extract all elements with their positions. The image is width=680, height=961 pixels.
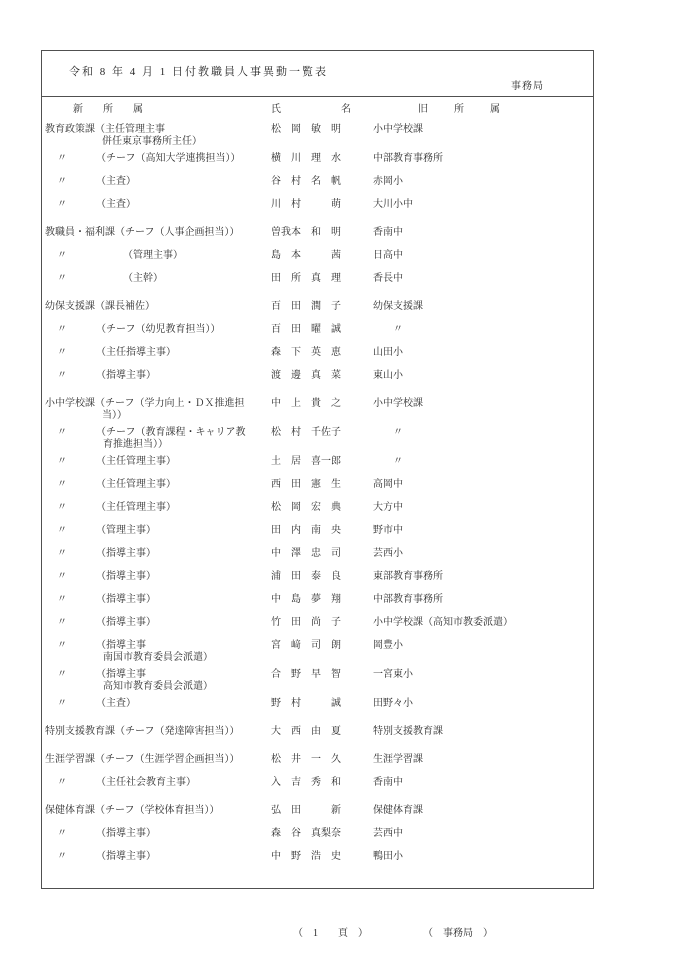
table-row: 〃 （指導主事） 浦 田 泰 良 東部教育事務所 bbox=[42, 571, 593, 594]
new-affiliation-dept: 〃 bbox=[45, 617, 96, 629]
new-affiliation: 〃 （主任管理主事） bbox=[42, 479, 271, 491]
new-affiliation-dept: 〃 bbox=[45, 640, 96, 652]
new-affiliation-title: （指導主事） bbox=[96, 571, 156, 583]
old-affiliation: 〃 bbox=[373, 427, 593, 439]
new-affiliation-dept: 〃 bbox=[45, 548, 96, 560]
old-affiliation: 〃 bbox=[373, 324, 593, 336]
new-affiliation: 〃 （主任指導主事） bbox=[42, 347, 271, 359]
table-row: 保健体育課 （チーフ（学校体育担当）） 弘 田 新 保健体育課 bbox=[42, 805, 593, 828]
new-affiliation-dept: 〃 bbox=[45, 698, 96, 710]
table-row: 〃 （主任管理主事） 土 居 喜一郎 〃 bbox=[42, 456, 593, 479]
new-affiliation: 〃 （指導主事） bbox=[42, 571, 271, 583]
new-affiliation: 〃 （主任管理主事） bbox=[42, 456, 271, 468]
old-affiliation: 幼保支援課 bbox=[373, 301, 593, 313]
new-affiliation-title: （チーフ（教育課程・キャリア教育推進担当）） bbox=[96, 427, 246, 451]
person-name: 百 田 曜 誠 bbox=[271, 324, 373, 336]
person-name: 中 島 夢 翔 bbox=[271, 594, 373, 606]
table-row: 〃 （指導主事） 竹 田 尚 子 小中学校課（高知市教委派遣） bbox=[42, 617, 593, 640]
new-affiliation: 〃 （主任管理主事） bbox=[42, 502, 271, 514]
new-affiliation-dept: 小中学校課 bbox=[45, 398, 95, 410]
person-name: 松 岡 敏 明 bbox=[271, 124, 373, 136]
new-affiliation: 〃 （主査） bbox=[42, 199, 271, 211]
new-affiliation-dept: 〃 bbox=[45, 324, 96, 336]
new-affiliation: 〃 （主査） bbox=[42, 698, 271, 710]
person-name: 入 吉 秀 和 bbox=[271, 777, 373, 789]
new-affiliation-title: （チーフ（学校体育担当）） bbox=[95, 805, 220, 817]
new-affiliation-dept: 〃 bbox=[45, 199, 96, 211]
old-affiliation: 岡豊小 bbox=[373, 640, 593, 652]
old-affiliation: 高岡中 bbox=[373, 479, 593, 491]
new-affiliation: 特別支援教育課 （チーフ（発達障害担当）） bbox=[42, 726, 271, 738]
new-affiliation: 〃 （チーフ（教育課程・キャリア教育推進担当）） bbox=[42, 427, 271, 451]
old-affiliation: 一宮東小 bbox=[373, 669, 593, 681]
old-affiliation: 大川小中 bbox=[373, 199, 593, 211]
new-affiliation-dept: 特別支援教育課 bbox=[45, 726, 115, 738]
person-name: 森 谷 真梨奈 bbox=[271, 828, 373, 840]
new-affiliation-title: （チーフ（高知大学連携担当）） bbox=[96, 153, 241, 165]
person-name: 弘 田 新 bbox=[271, 805, 373, 817]
column-header-name: 氏 名 bbox=[271, 104, 373, 116]
new-affiliation-dept: 〃 bbox=[45, 571, 96, 583]
new-affiliation: 〃 （管理主事） bbox=[42, 525, 271, 537]
old-affiliation: 生涯学習課 bbox=[373, 754, 593, 766]
person-name: 西 田 憲 生 bbox=[271, 479, 373, 491]
table-row: 〃 （主任社会教育主事） 入 吉 秀 和 香南中 bbox=[42, 777, 593, 800]
old-affiliation: 香南中 bbox=[373, 227, 593, 239]
new-affiliation-dept: 保健体育課 bbox=[45, 805, 95, 817]
new-affiliation: 教職員・福利課 （チーフ（人事企画担当）） bbox=[42, 227, 271, 239]
new-affiliation: 教育政策課 （主任管理主事併任東京事務所主任） bbox=[42, 124, 271, 148]
old-affiliation: 中部教育事務所 bbox=[373, 594, 593, 606]
new-affiliation-title: （管理主事） bbox=[96, 525, 156, 537]
old-affiliation: 東部教育事務所 bbox=[373, 571, 593, 583]
new-affiliation-dept: 〃 bbox=[45, 669, 96, 681]
table-row: 教職員・福利課 （チーフ（人事企画担当）） 曽我本 和 明 香南中 bbox=[42, 227, 593, 250]
old-affiliation: 山田小 bbox=[373, 347, 593, 359]
person-name: 土 居 喜一郎 bbox=[271, 456, 373, 468]
new-affiliation-title: （指導主事） bbox=[96, 548, 156, 560]
old-affiliation: 特別支援教育課 bbox=[373, 726, 593, 738]
person-name: 曽我本 和 明 bbox=[271, 227, 373, 239]
table-row: 〃 （指導主事） 中 野 浩 史 鴨田小 bbox=[42, 851, 593, 874]
old-affiliation: 日高中 bbox=[373, 250, 593, 262]
office-label: 事務局 bbox=[42, 80, 593, 97]
new-affiliation-title: （主任社会教育主事） bbox=[96, 777, 196, 789]
person-name: 松 村 千佐子 bbox=[271, 427, 373, 439]
table-row: 〃 （主任指導主事） 森 下 英 恵 山田小 bbox=[42, 347, 593, 370]
table-row: 〃 （指導主事） 森 谷 真梨奈 芸西中 bbox=[42, 828, 593, 851]
new-affiliation: 〃 （指導主事） bbox=[42, 548, 271, 560]
person-name: 松 井 一 久 bbox=[271, 754, 373, 766]
old-affiliation: 〃 bbox=[373, 456, 593, 468]
new-affiliation-title: （主査） bbox=[96, 698, 136, 710]
person-name: 松 岡 宏 典 bbox=[271, 502, 373, 514]
table-row: 〃 （指導主事高知市教育委員会派遣） 合 野 早 智 一宮東小 bbox=[42, 669, 593, 698]
new-affiliation-title: （指導主事） bbox=[96, 370, 156, 382]
new-affiliation-dept: 〃 bbox=[45, 347, 96, 359]
new-affiliation-title: （チーフ（学力向上・ＤＸ推進担当）） bbox=[95, 398, 245, 422]
table-row: 〃 （主幹） 田 所 真 理 香長中 bbox=[42, 273, 593, 296]
table-row: 〃 （チーフ（高知大学連携担当）） 横 川 理 水 中部教育事務所 bbox=[42, 153, 593, 176]
new-affiliation: 保健体育課 （チーフ（学校体育担当）） bbox=[42, 805, 271, 817]
table-row: 〃 （チーフ（幼児教育担当）） 百 田 曜 誠 〃 bbox=[42, 324, 593, 347]
old-affiliation: 中部教育事務所 bbox=[373, 153, 593, 165]
footer-page-number: （ 1 頁 ） bbox=[293, 928, 368, 940]
table-row: 〃 （主任管理主事） 西 田 憲 生 高岡中 bbox=[42, 479, 593, 502]
column-headers: 新 所 属 氏 名 旧 所 属 bbox=[42, 97, 593, 124]
new-affiliation-title: （主査） bbox=[96, 176, 136, 188]
old-affiliation: 鴨田小 bbox=[373, 851, 593, 863]
table-row: 小中学校課 （チーフ（学力向上・ＤＸ推進担当）） 中 上 貴 之 小中学校課 bbox=[42, 398, 593, 427]
person-name: 島 本 茜 bbox=[271, 250, 373, 262]
table-row: 〃 （チーフ（教育課程・キャリア教育推進担当）） 松 村 千佐子 〃 bbox=[42, 427, 593, 456]
person-name: 森 下 英 恵 bbox=[271, 347, 373, 359]
new-affiliation-dept: 〃 bbox=[45, 250, 123, 262]
table-row: 教育政策課 （主任管理主事併任東京事務所主任） 松 岡 敏 明 小中学校課 bbox=[42, 124, 593, 153]
person-name: 竹 田 尚 子 bbox=[271, 617, 373, 629]
old-affiliation: 芸西中 bbox=[373, 828, 593, 840]
table-row: 〃 （管理主事） 田 内 南 央 野市中 bbox=[42, 525, 593, 548]
new-affiliation-title: （指導主事） bbox=[96, 617, 156, 629]
column-header-old-affiliation: 旧 所 属 bbox=[373, 104, 593, 116]
new-affiliation-title: （指導主事） bbox=[96, 851, 156, 863]
new-affiliation-title: （課長補佐） bbox=[95, 301, 155, 313]
table-row: 〃 （主査） 川 村 萌 大川小中 bbox=[42, 199, 593, 222]
new-affiliation: 〃 （管理主事） bbox=[42, 250, 271, 262]
new-affiliation: 〃 （主幹） bbox=[42, 273, 271, 285]
table-row: 〃 （指導主事） 渡 邊 真 菜 東山小 bbox=[42, 370, 593, 393]
old-affiliation: 保健体育課 bbox=[373, 805, 593, 817]
page: { "page": { "title": "令和 8 年 4 月 1 日付教職員… bbox=[0, 0, 680, 961]
new-affiliation: 〃 （指導主事） bbox=[42, 851, 271, 863]
new-affiliation: 〃 （主任社会教育主事） bbox=[42, 777, 271, 789]
old-affiliation: 赤岡小 bbox=[373, 176, 593, 188]
new-affiliation-dept: 〃 bbox=[45, 370, 96, 382]
old-affiliation: 大方中 bbox=[373, 502, 593, 514]
table-body: 教育政策課 （主任管理主事併任東京事務所主任） 松 岡 敏 明 小中学校課 〃 … bbox=[42, 124, 593, 874]
person-name: 宮 﨑 司 朗 bbox=[271, 640, 373, 652]
new-affiliation: 〃 （指導主事南国市教育委員会派遣） bbox=[42, 640, 271, 664]
person-name: 中 澤 忠 司 bbox=[271, 548, 373, 560]
new-affiliation-title: （主任管理主事） bbox=[96, 456, 176, 468]
old-affiliation: 香長中 bbox=[373, 273, 593, 285]
new-affiliation-title: （管理主事） bbox=[123, 250, 183, 262]
document-sheet: 令和 8 年 4 月 1 日付教職員人事異動一覧表 事務局 新 所 属 氏 名 … bbox=[41, 50, 594, 889]
old-affiliation: 小中学校課 bbox=[373, 124, 593, 136]
new-affiliation: 〃 （チーフ（幼児教育担当）） bbox=[42, 324, 271, 336]
old-affiliation: 野市中 bbox=[373, 525, 593, 537]
new-affiliation: 〃 （指導主事） bbox=[42, 594, 271, 606]
new-affiliation-title: （チーフ（発達障害担当）） bbox=[115, 726, 240, 738]
new-affiliation-dept: 〃 bbox=[45, 525, 96, 537]
person-name: 百 田 潤 子 bbox=[271, 301, 373, 313]
person-name: 田 内 南 央 bbox=[271, 525, 373, 537]
new-affiliation-dept: 〃 bbox=[45, 427, 96, 439]
new-affiliation-title: （指導主事） bbox=[96, 594, 156, 606]
new-affiliation-title: （指導主事高知市教育委員会派遣） bbox=[96, 669, 213, 693]
new-affiliation: 幼保支援課 （課長補佐） bbox=[42, 301, 271, 313]
table-row: 〃 （管理主事） 島 本 茜 日高中 bbox=[42, 250, 593, 273]
new-affiliation: 〃 （主査） bbox=[42, 176, 271, 188]
new-affiliation-dept: 〃 bbox=[45, 851, 96, 863]
new-affiliation: 〃 （指導主事） bbox=[42, 370, 271, 382]
person-name: 大 西 由 夏 bbox=[271, 726, 373, 738]
new-affiliation-title: （主任管理主事併任東京事務所主任） bbox=[95, 124, 202, 148]
person-name: 中 野 浩 史 bbox=[271, 851, 373, 863]
old-affiliation: 田野々小 bbox=[373, 698, 593, 710]
new-affiliation: 小中学校課 （チーフ（学力向上・ＤＸ推進担当）） bbox=[42, 398, 271, 422]
table-row: 〃 （主任管理主事） 松 岡 宏 典 大方中 bbox=[42, 502, 593, 525]
new-affiliation-title: （主任指導主事） bbox=[96, 347, 176, 359]
new-affiliation-dept: 〃 bbox=[45, 777, 96, 789]
new-affiliation-dept: 生涯学習課 bbox=[45, 754, 95, 766]
new-affiliation-title: （指導主事南国市教育委員会派遣） bbox=[96, 640, 213, 664]
table-row: 〃 （主査） 野 村 誠 田野々小 bbox=[42, 698, 593, 721]
new-affiliation: 〃 （指導主事） bbox=[42, 617, 271, 629]
new-affiliation-dept: 〃 bbox=[45, 828, 96, 840]
new-affiliation-title: （チーフ（生涯学習企画担当）） bbox=[95, 754, 240, 766]
new-affiliation-dept: 教育政策課 bbox=[45, 124, 95, 136]
old-affiliation: 東山小 bbox=[373, 370, 593, 382]
table-row: 〃 （主査） 谷 村 名 帆 赤岡小 bbox=[42, 176, 593, 199]
new-affiliation-dept: 幼保支援課 bbox=[45, 301, 95, 313]
table-row: 〃 （指導主事南国市教育委員会派遣） 宮 﨑 司 朗 岡豊小 bbox=[42, 640, 593, 669]
new-affiliation-dept: 〃 bbox=[45, 456, 96, 468]
new-affiliation-dept: 〃 bbox=[45, 594, 96, 606]
new-affiliation-dept: 〃 bbox=[45, 176, 96, 188]
person-name: 田 所 真 理 bbox=[271, 273, 373, 285]
table-row: 〃 （指導主事） 中 澤 忠 司 芸西小 bbox=[42, 548, 593, 571]
new-affiliation-dept: 〃 bbox=[45, 153, 96, 165]
old-affiliation: 小中学校課（高知市教委派遣） bbox=[373, 617, 593, 629]
new-affiliation-title: （主査） bbox=[96, 199, 136, 211]
old-affiliation: 小中学校課 bbox=[373, 398, 593, 410]
new-affiliation-title: （主任管理主事） bbox=[96, 479, 176, 491]
new-affiliation-title: （チーフ（幼児教育担当）） bbox=[96, 324, 221, 336]
document-title: 令和 8 年 4 月 1 日付教職員人事異動一覧表 bbox=[42, 51, 593, 79]
new-affiliation: 〃 （チーフ（高知大学連携担当）） bbox=[42, 153, 271, 165]
person-name: 川 村 萌 bbox=[271, 199, 373, 211]
person-name: 中 上 貴 之 bbox=[271, 398, 373, 410]
new-affiliation-dept: 〃 bbox=[45, 479, 96, 491]
new-affiliation-title: （指導主事） bbox=[96, 828, 156, 840]
person-name: 横 川 理 水 bbox=[271, 153, 373, 165]
new-affiliation-title: （チーフ（人事企画担当）） bbox=[115, 227, 240, 239]
old-affiliation: 芸西小 bbox=[373, 548, 593, 560]
person-name: 渡 邊 真 菜 bbox=[271, 370, 373, 382]
new-affiliation-title: （主幹） bbox=[123, 273, 163, 285]
column-header-new-affiliation: 新 所 属 bbox=[42, 104, 271, 116]
person-name: 合 野 早 智 bbox=[271, 669, 373, 681]
table-row: 特別支援教育課 （チーフ（発達障害担当）） 大 西 由 夏 特別支援教育課 bbox=[42, 726, 593, 749]
new-affiliation-title: （主任管理主事） bbox=[96, 502, 176, 514]
table-row: 生涯学習課 （チーフ（生涯学習企画担当）） 松 井 一 久 生涯学習課 bbox=[42, 754, 593, 777]
table-row: 幼保支援課 （課長補佐） 百 田 潤 子 幼保支援課 bbox=[42, 301, 593, 324]
footer-office: （ 事務局 ） bbox=[423, 928, 493, 940]
new-affiliation: 〃 （指導主事高知市教育委員会派遣） bbox=[42, 669, 271, 693]
person-name: 谷 村 名 帆 bbox=[271, 176, 373, 188]
new-affiliation: 生涯学習課 （チーフ（生涯学習企画担当）） bbox=[42, 754, 271, 766]
table-row: 〃 （指導主事） 中 島 夢 翔 中部教育事務所 bbox=[42, 594, 593, 617]
person-name: 浦 田 泰 良 bbox=[271, 571, 373, 583]
new-affiliation: 〃 （指導主事） bbox=[42, 828, 271, 840]
new-affiliation-dept: 〃 bbox=[45, 502, 96, 514]
new-affiliation-dept: 〃 bbox=[45, 273, 123, 285]
person-name: 野 村 誠 bbox=[271, 698, 373, 710]
old-affiliation: 香南中 bbox=[373, 777, 593, 789]
new-affiliation-dept: 教職員・福利課 bbox=[45, 227, 115, 239]
